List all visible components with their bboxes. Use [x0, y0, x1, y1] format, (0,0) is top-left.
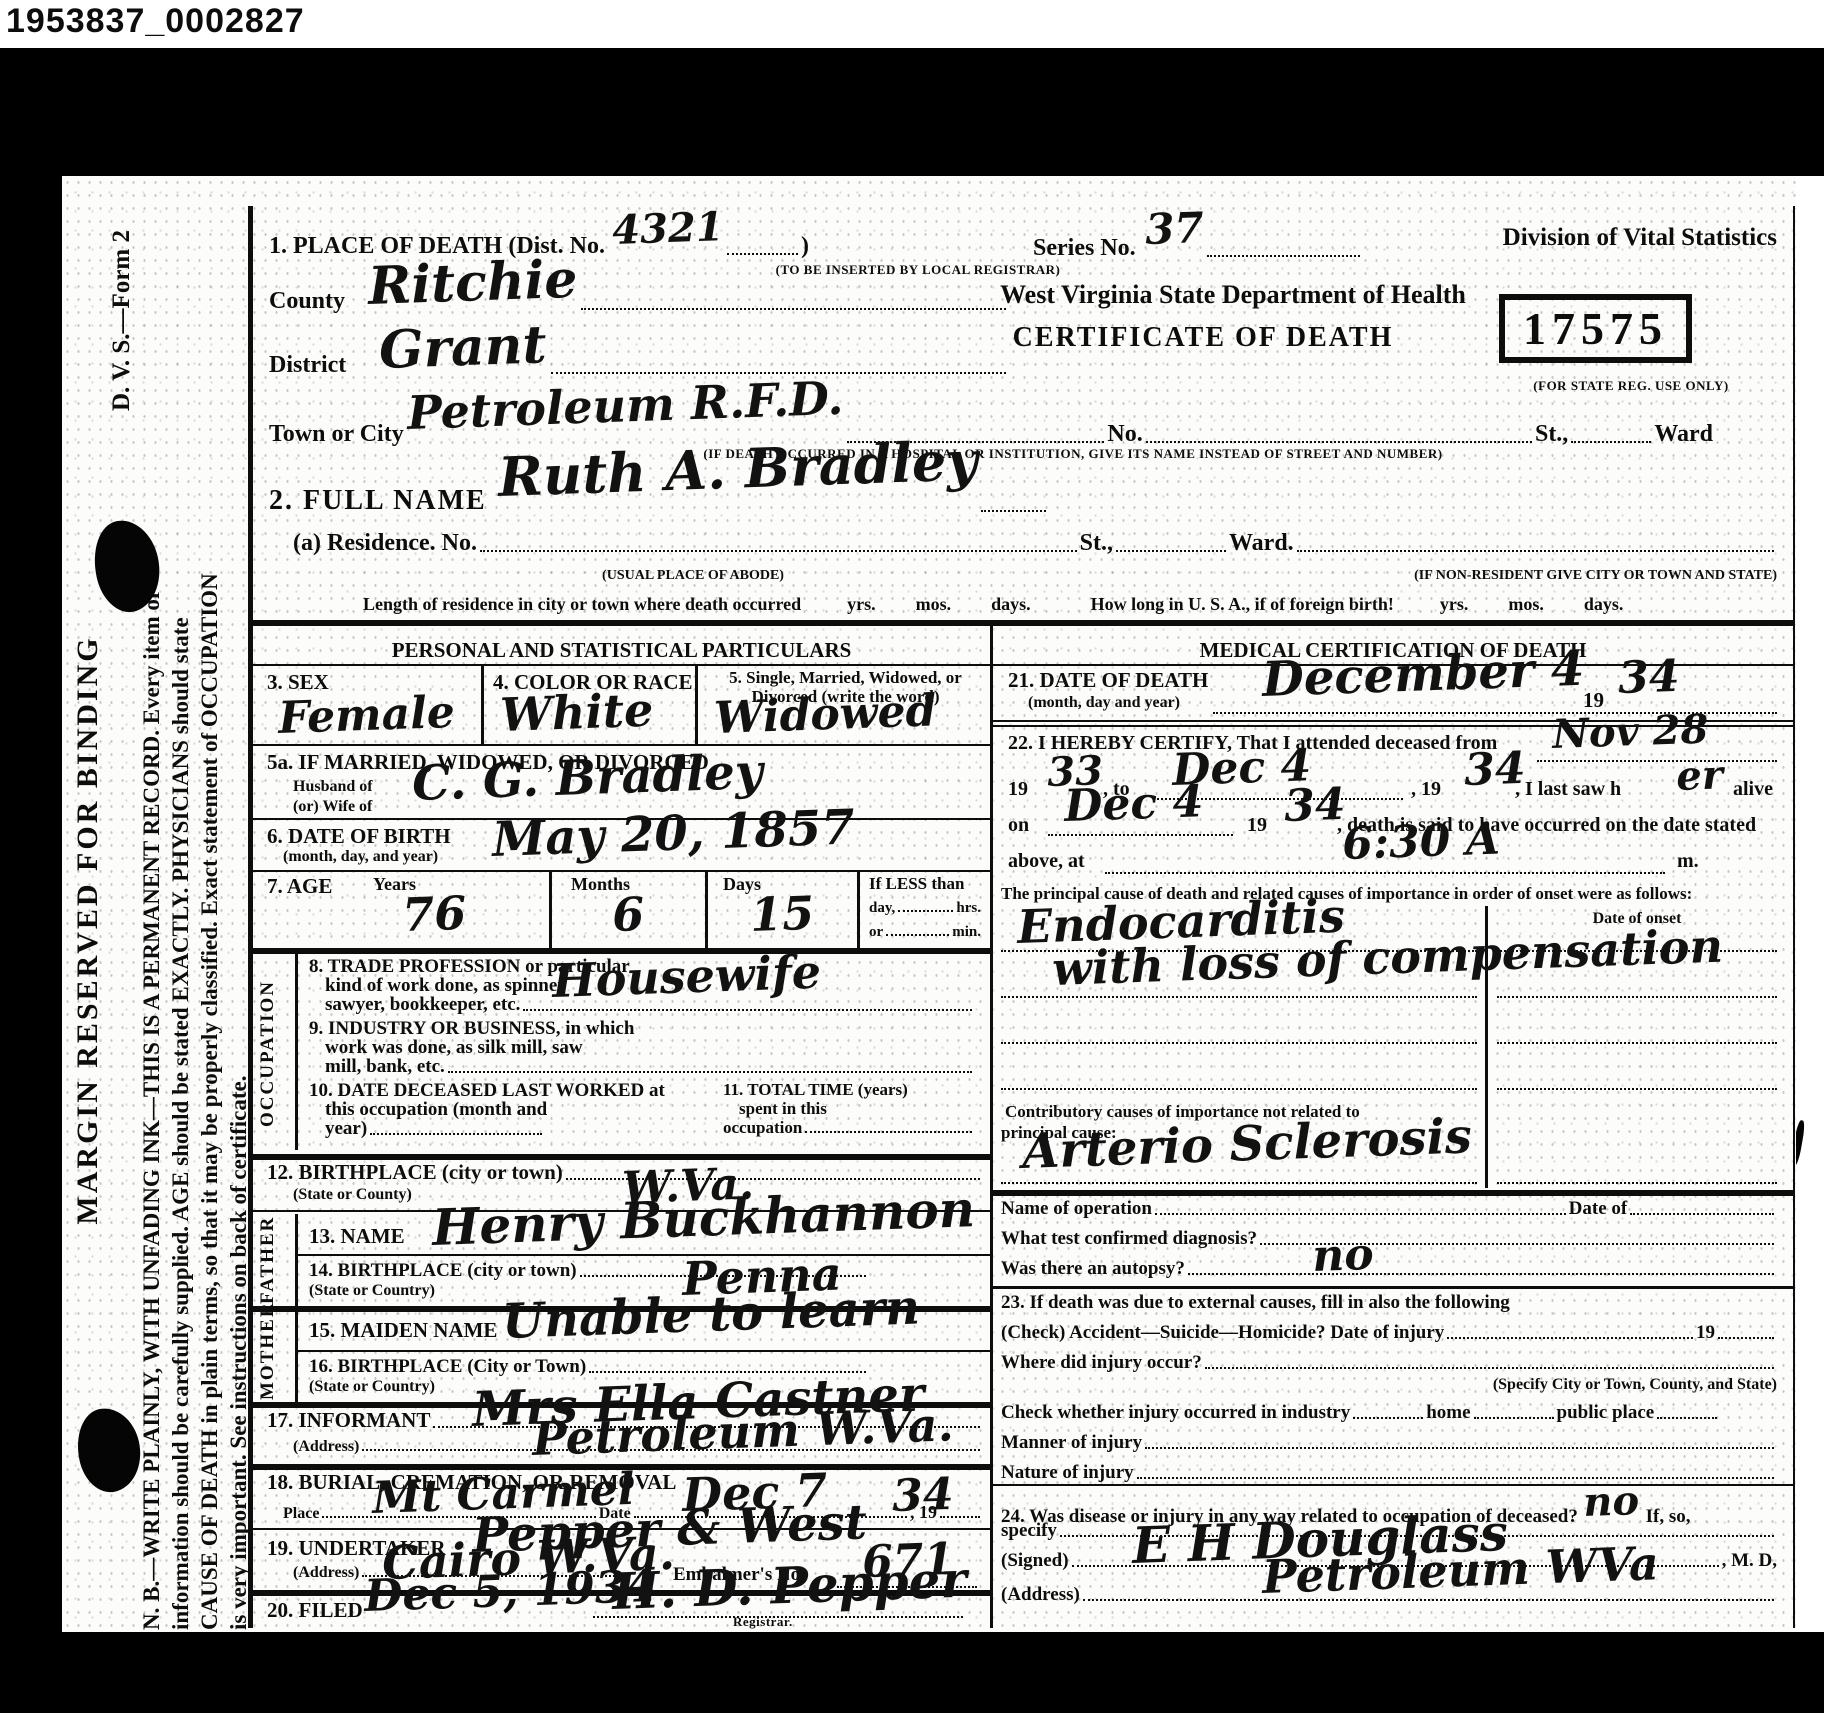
injury-public-label: public place — [1557, 1402, 1655, 1424]
cell-divider — [857, 870, 860, 948]
accident-suicide-homicide-label: (Check) Accident—Suicide—Homicide? Date … — [1001, 1322, 1444, 1344]
signed-label: (Signed) — [1001, 1550, 1069, 1572]
father-birthplace-label: 14. BIRTHPLACE (city or town) — [309, 1260, 577, 1282]
rule — [253, 870, 990, 872]
mother-birthplace-label: 16. BIRTHPLACE (City or Town) — [309, 1356, 586, 1378]
onset-line — [1497, 1182, 1777, 1184]
mos-label: mos. — [1508, 594, 1544, 615]
side-label-divider — [295, 1214, 298, 1306]
section-divider — [253, 620, 1793, 626]
margin-note-2: information should be carefully supplied… — [166, 230, 195, 1630]
district-number-value: 4321 — [612, 208, 725, 250]
dotted-leader — [1718, 1337, 1774, 1339]
dotted-leader — [1146, 441, 1532, 443]
attended-from-value: Nov 28 — [1552, 711, 1709, 754]
if-less-min-row: or min. — [869, 924, 981, 941]
dotted-leader — [1155, 1213, 1566, 1215]
residence-street-label: St., — [1080, 530, 1113, 557]
department-title: West Virginia State Department of Health — [953, 280, 1513, 310]
death-time-value: 6:30 A — [1342, 819, 1501, 866]
or-label: or — [869, 924, 883, 941]
on-label: on — [1008, 814, 1029, 837]
cause-line — [1001, 996, 1477, 998]
how-long-usa-label: How long in U. S. A., if of foreign birt… — [1091, 594, 1394, 615]
certificate-number: 17575 — [1523, 303, 1668, 354]
last-worked-label-3: year) — [325, 1118, 367, 1140]
scan-band-bottom — [0, 1632, 1824, 1713]
mother-side-label: MOTHER — [257, 1312, 291, 1400]
district-value: Grant — [379, 320, 548, 375]
full-name-row: 2. FULL NAME Ruth A. Bradley — [269, 466, 1049, 517]
rule — [295, 1254, 990, 1256]
sex-value: Female — [278, 692, 456, 740]
occupation-side-label: OCCUPATION — [257, 958, 291, 1148]
autopsy-label: Was there an autopsy? — [1001, 1258, 1185, 1280]
dotted-leader — [1353, 1417, 1423, 1419]
alive-label: alive — [1733, 778, 1773, 801]
trade-label-3: sawyer, bookkeeper, etc. — [325, 994, 520, 1016]
dotted-leader — [1447, 1337, 1693, 1339]
if-less-hrs-row: day, hrs. — [869, 900, 981, 917]
where-injury-label: Where did injury occur? — [1001, 1352, 1202, 1374]
cell-divider — [549, 870, 552, 948]
last-saw-label: , I last saw h — [1515, 778, 1621, 801]
dotted-leader — [448, 1071, 972, 1073]
dotted-leader — [1205, 1367, 1774, 1369]
birthplace-label: 12. BIRTHPLACE (city or town) — [267, 1160, 563, 1185]
dotted-leader — [581, 308, 1006, 310]
date-of-death-year-value: 34 — [1618, 656, 1681, 700]
yrs-label: yrs. — [1440, 594, 1469, 615]
length-label: Length of residence in city or town wher… — [363, 594, 801, 615]
contributory-cause-value: Arterio Sclerosis — [1021, 1114, 1472, 1175]
injury-industry-label: Check whether injury occurred in industr… — [1001, 1402, 1350, 1424]
md-label: , M. D, — [1722, 1550, 1777, 1572]
certificate-number-box: 17575 — [1499, 294, 1692, 363]
division-title: Division of Vital Statistics — [1393, 224, 1777, 252]
series-number-value: 37 — [1144, 208, 1204, 250]
yrs-label: yrs. — [847, 594, 876, 615]
county-value: Ritchie — [367, 255, 578, 312]
dotted-leader — [370, 1133, 542, 1135]
state-use-note: (FOR STATE REG. USE ONLY) — [1499, 378, 1763, 394]
test-label: What test confirmed diagnosis? — [1001, 1228, 1257, 1250]
dotted-leader — [1207, 255, 1360, 257]
father-name-value: Henry Buckhannon — [431, 1185, 975, 1251]
specify-city-note: (Specify City or Town, County, and State… — [1353, 1376, 1777, 1394]
marital-label-1: 5. Single, Married, Widowed, or — [708, 668, 983, 688]
operation-row: Name of operation Date of — [1001, 1198, 1777, 1220]
district-label: District — [269, 352, 346, 379]
date-of-death-value: December 4 — [1261, 647, 1585, 704]
dotted-leader — [1657, 1417, 1717, 1419]
industry-label-3: mill, bank, etc. — [325, 1056, 445, 1078]
side-label-divider — [295, 954, 298, 1150]
operation-label: Name of operation — [1001, 1198, 1152, 1220]
series-label: Series No. — [1033, 235, 1136, 262]
autopsy-row: Was there an autopsy? — [1001, 1258, 1777, 1280]
rule — [253, 664, 990, 666]
onset-line — [1497, 996, 1777, 998]
dotted-leader — [1474, 1417, 1554, 1419]
county-label: County — [269, 288, 345, 315]
rule — [253, 744, 990, 746]
physician-address-value: Petroleum WVa — [1261, 1542, 1659, 1600]
if-less-label: If LESS than — [869, 874, 964, 894]
specify-label: specify — [1001, 1520, 1057, 1542]
day-label: day, — [869, 900, 895, 917]
dotted-leader — [1083, 1599, 1774, 1601]
scan-id: 1953837_0002827 — [6, 2, 305, 41]
abode-note: (USUAL PLACE OF ABODE) — [553, 568, 833, 584]
cell-divider — [481, 664, 484, 744]
hrs-label: hrs. — [956, 900, 981, 917]
injury-19-label: 19 — [1696, 1322, 1715, 1344]
injury-home-label: home — [1426, 1402, 1470, 1424]
dotted-leader — [1297, 550, 1774, 552]
dotted-leader — [523, 1009, 972, 1011]
dotted-leader — [727, 253, 798, 255]
onset-line — [1497, 1088, 1777, 1090]
total-time-row: occupation — [723, 1118, 975, 1138]
section-divider — [993, 1190, 1793, 1196]
county-row: County Ritchie — [269, 266, 1009, 315]
manner-row: Manner of injury — [1001, 1432, 1777, 1454]
rule — [993, 1484, 1793, 1486]
total-time-label-1: 11. TOTAL TIME (years) — [723, 1080, 908, 1100]
industry-row: mill, bank, etc. — [325, 1056, 975, 1078]
spouse-value: C. G. Bradley — [411, 750, 763, 808]
certificate-page: MARGIN RESERVED FOR BINDING D. V. S.—For… — [62, 176, 1796, 1632]
date-of-death-sub: (month, day and year) — [1028, 694, 1180, 712]
manner-of-injury-label: Manner of injury — [1001, 1432, 1142, 1454]
dob-label: 6. DATE OF BIRTH — [267, 824, 451, 849]
dotted-leader — [898, 910, 953, 912]
residence-ward-label: Ward. — [1229, 530, 1294, 557]
days-label: days. — [991, 594, 1031, 615]
above-at-label: above, at — [1008, 850, 1085, 873]
mos-label: mos. — [916, 594, 952, 615]
full-name-label: 2. FULL NAME — [269, 485, 487, 517]
cause-line — [1001, 1088, 1477, 1090]
certificate-title: CERTIFICATE OF DEATH — [973, 322, 1433, 354]
on-date-value: Dec 4 — [1064, 781, 1204, 828]
external-causes-label: 23. If death was due to external causes,… — [1001, 1292, 1510, 1314]
district-row: District Grant — [269, 330, 1009, 379]
residence-label: (a) Residence. No. — [293, 530, 477, 557]
check-row: (Check) Accident—Suicide—Homicide? Date … — [1001, 1322, 1777, 1344]
husband-of-label: Husband of — [293, 778, 373, 796]
wife-of-label: (or) Wife of — [293, 798, 372, 816]
scan-band-left — [0, 176, 62, 1632]
injury-location-row: Check whether injury occurred in industr… — [1001, 1402, 1777, 1424]
certificate-form: 1. PLACE OF DEATH (Dist. No. 4321 ) Seri… — [248, 206, 1795, 1628]
burial-place-label: Place — [283, 1505, 319, 1523]
series-row: Series No. 37 — [1033, 222, 1363, 262]
printed-19: 19 — [1247, 814, 1267, 837]
age-months-value: 6 — [611, 893, 645, 938]
dotted-leader — [1537, 760, 1777, 762]
days-label: days. — [1584, 594, 1624, 615]
dotted-leader — [1048, 834, 1233, 836]
undertaker-address-label: (Address) — [293, 1564, 359, 1582]
dotted-leader — [1145, 1447, 1774, 1449]
mother-birthplace-sub: (State or Country) — [309, 1378, 435, 1396]
autopsy-answer: no — [1312, 1234, 1375, 1278]
comma-19: , 19 — [1411, 778, 1441, 801]
town-row: Town or City Petroleum R.F.D. No. St., W… — [269, 404, 1713, 448]
marital-value: Widowed — [714, 690, 937, 740]
last-saw-her: er — [1676, 756, 1724, 796]
cause-line — [1001, 1182, 1477, 1184]
total-time-label-3: occupation — [723, 1118, 802, 1138]
nonresident-note: (IF NON-RESIDENT GIVE CITY OR TOWN AND S… — [1273, 568, 1777, 584]
father-name-label: 13. NAME — [309, 1224, 405, 1249]
informant-label: 17. INFORMANT — [267, 1408, 430, 1433]
street-no-label: No. — [1107, 421, 1142, 448]
cell-divider — [695, 664, 698, 744]
maiden-name-value: Unable to learn — [501, 1285, 920, 1345]
dotted-leader — [1188, 1273, 1774, 1275]
physician-address-label: (Address) — [1001, 1584, 1080, 1606]
nature-of-injury-label: Nature of injury — [1001, 1462, 1134, 1484]
burial-year-value: 34 — [892, 1474, 955, 1518]
dotted-leader — [1116, 550, 1226, 552]
m-label: m. — [1677, 850, 1699, 873]
scan-band-top — [0, 48, 1824, 176]
length-of-residence-row: Length of residence in city or town wher… — [363, 594, 1777, 615]
maiden-name-label: 15. MAIDEN NAME — [309, 1318, 497, 1343]
last-worked-year-row: year) — [325, 1118, 545, 1140]
close-paren: ) — [801, 233, 809, 260]
residence-row: (a) Residence. No. St., Ward. — [293, 530, 1777, 557]
father-side-label: FATHER — [257, 1216, 291, 1304]
date-of-death-label: 21. DATE OF DEATH — [1008, 668, 1208, 693]
dotted-leader — [1105, 872, 1665, 874]
age-label: 7. AGE — [267, 874, 332, 899]
town-label: Town or City — [269, 421, 404, 448]
dotted-leader — [1137, 1477, 1774, 1479]
dotted-leader — [805, 1131, 972, 1133]
side-label-divider — [295, 1310, 298, 1402]
margin-note-3: CAUSE OF DEATH in plain terms, so that i… — [195, 230, 224, 1630]
operation-date-label: Date of — [1569, 1198, 1628, 1220]
rule — [295, 1350, 990, 1352]
dotted-leader — [981, 510, 1046, 512]
nature-row: Nature of injury — [1001, 1462, 1777, 1484]
rule — [993, 1286, 1793, 1289]
informant-address-label: (Address) — [293, 1438, 359, 1456]
margin-note-1: N. B.—WRITE PLAINLY, WITH UNFADING INK—T… — [137, 230, 166, 1630]
age-days-value: 15 — [749, 892, 815, 938]
total-time-label-2: spent in this — [739, 1099, 827, 1119]
dotted-leader — [480, 550, 1077, 552]
column-divider — [990, 620, 993, 1628]
ward-label: Ward — [1654, 421, 1713, 448]
race-value: White — [499, 689, 654, 738]
where-injury-row: Where did injury occur? — [1001, 1352, 1777, 1374]
test-row: What test confirmed diagnosis? — [1001, 1228, 1777, 1250]
dotted-leader — [886, 934, 949, 936]
printed-19: 19 — [1008, 778, 1028, 801]
age-years-value: 76 — [401, 892, 467, 938]
cell-divider — [705, 870, 708, 948]
informant-address-value: Petroleum W.Va. — [531, 1403, 954, 1461]
left-column-title: PERSONAL AND STATISTICAL PARTICULARS — [253, 638, 990, 663]
dotted-leader — [1630, 1213, 1774, 1215]
trade-value: Housewife — [551, 951, 821, 1004]
dob-value: May 20, 1857 — [491, 805, 855, 863]
town-value: Petroleum R.F.D. — [406, 377, 843, 436]
dob-sub-label: (month, day, and year) — [283, 848, 438, 866]
cause-line — [1001, 1042, 1477, 1044]
registrar-label: Registrar. — [733, 1614, 793, 1630]
full-name-value: Ruth A. Bradley — [497, 435, 978, 503]
filed-label: 20. FILED — [267, 1598, 363, 1623]
min-label: min. — [952, 924, 981, 941]
onset-line — [1497, 1042, 1777, 1044]
birthplace-sub-label: (State or County) — [293, 1186, 412, 1204]
dotted-leader — [1571, 441, 1651, 443]
occupation-related-answer: no — [1583, 1482, 1640, 1522]
registrar-signature: H. D. Pepper — [611, 1556, 967, 1616]
street-label: St., — [1535, 421, 1568, 448]
father-birthplace-sub: (State or Country) — [309, 1282, 435, 1300]
